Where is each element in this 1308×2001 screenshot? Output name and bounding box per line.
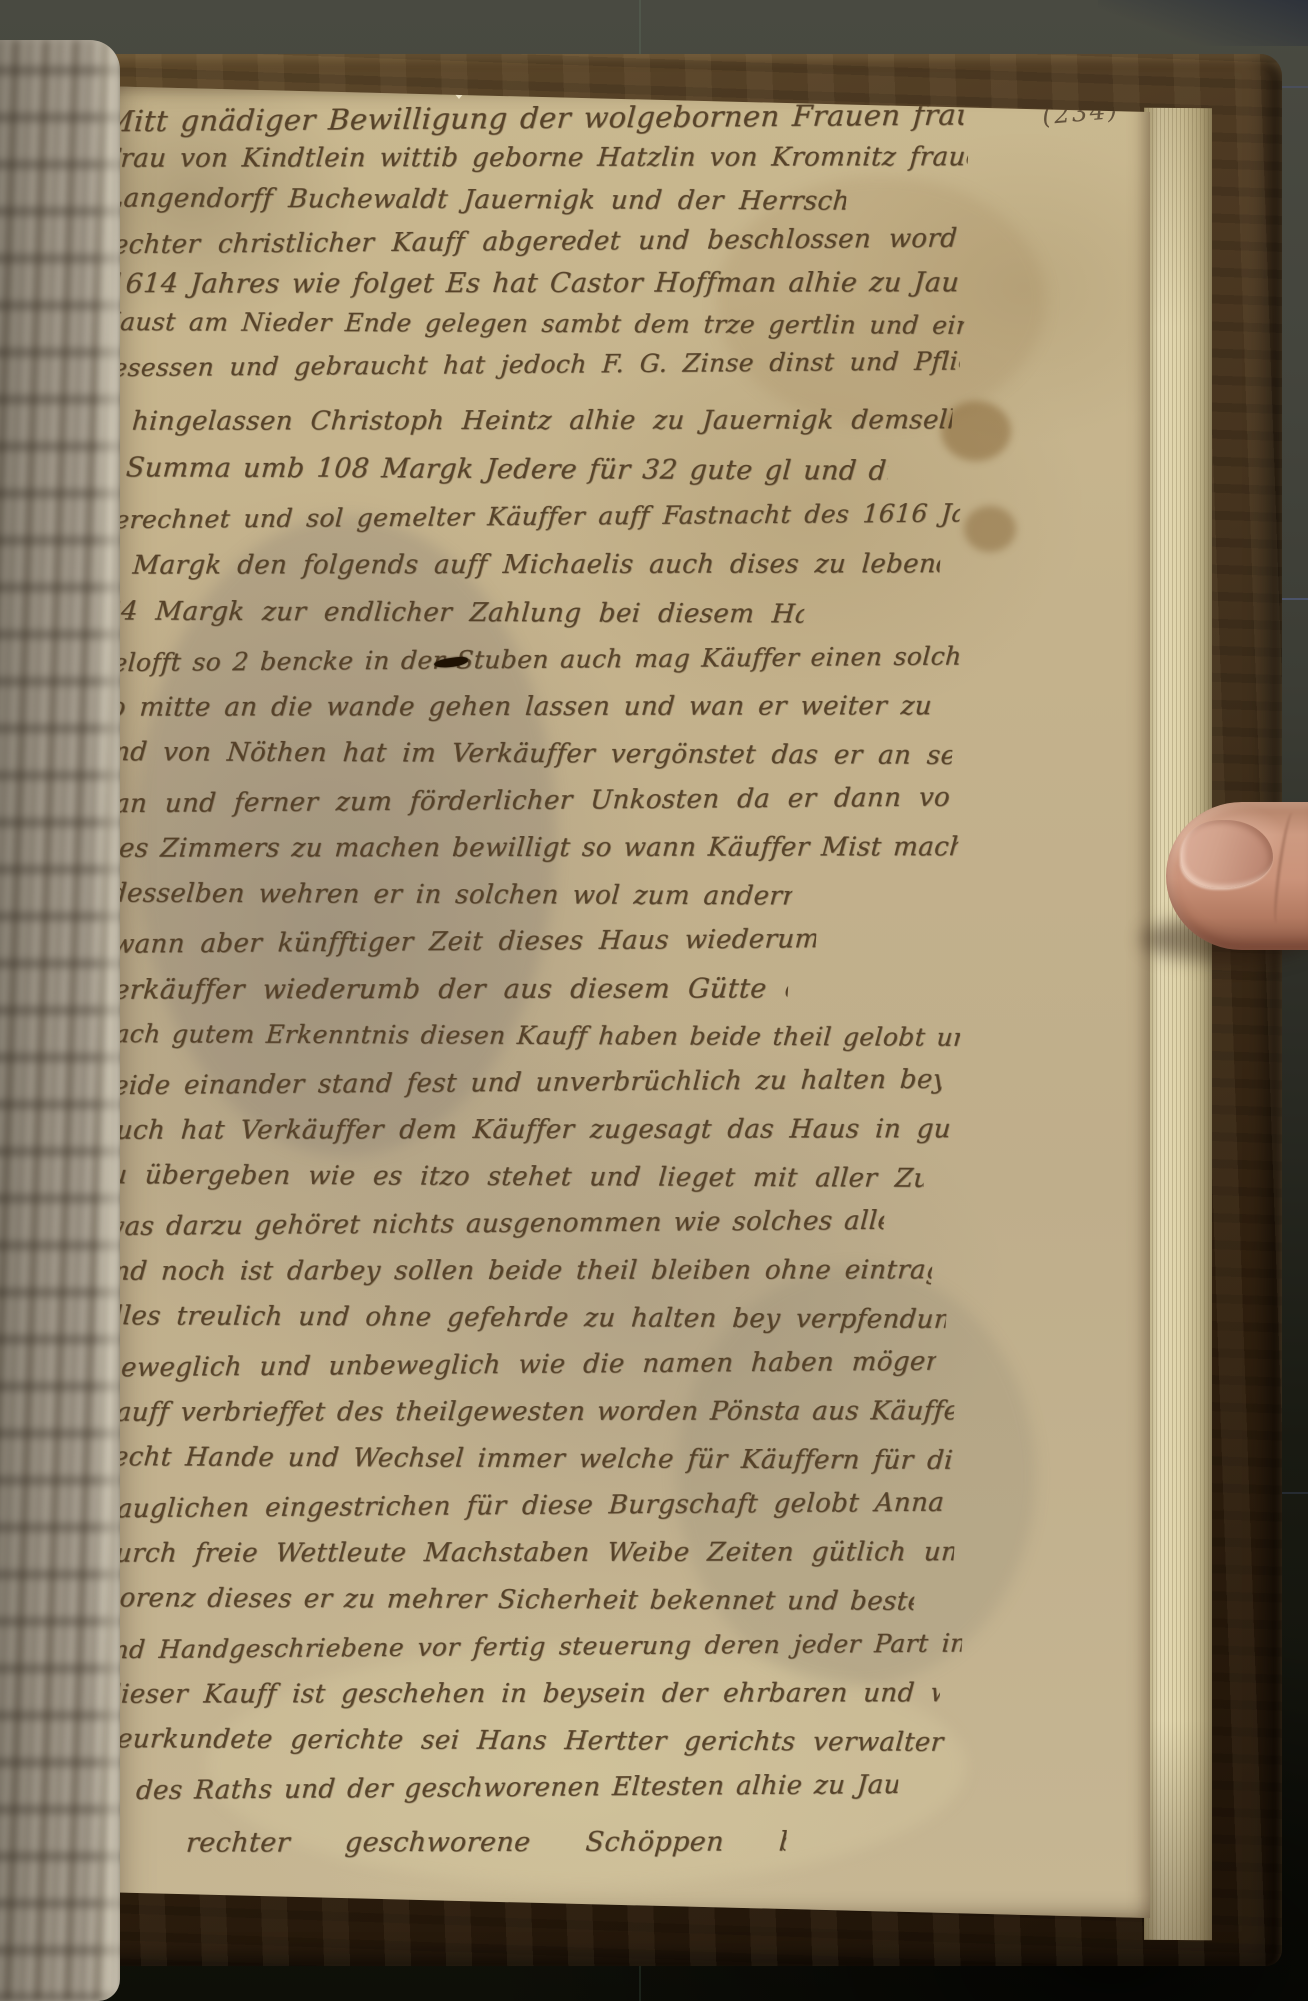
- fingertip: [1166, 802, 1308, 950]
- manuscript-line: nach gutem Erkenntnis diesen Kauff haben…: [97, 1018, 961, 1053]
- manuscript-line: was darzu gehöret nichts ausgenommen wie…: [101, 1205, 885, 1244]
- manuscript-line: hingelassen Christoph Heintz alhie zu Ja…: [131, 404, 953, 438]
- manuscript-line: und von Nöthen hat im Verkäuffer vergöns…: [95, 736, 953, 772]
- manuscript-line: Verkäuffer wiederumb der aus diesem Gütt…: [95, 972, 789, 1007]
- manuscript-line: Lorenz dieses er zu mehrer Sicherheit be…: [101, 1582, 915, 1618]
- manuscript-line: so mitte an die wande gehen lassen und w…: [95, 690, 943, 724]
- manuscript-line: beweglich und unbeweglich wie die namen …: [103, 1346, 937, 1385]
- manuscript-line: durch freie Wettleute Machstaben Weibe Z…: [97, 1536, 955, 1570]
- page-curl-highlight: [94, 40, 120, 2001]
- manuscript-line: Frau von Kindtlein wittib geborne Hatzli…: [101, 141, 969, 175]
- manuscript-line: beurkundete gerichte sei Hans Hertter ge…: [99, 1723, 959, 1759]
- manuscript-line: recht Hande und Wechsel immer welche für…: [99, 1441, 953, 1477]
- manuscript-page: (234) Mitt gnädiger Bewilligung der wolg…: [96, 86, 1150, 1920]
- manuscript-line: gerechnet und sol gemelter Käuffer auff …: [97, 498, 961, 536]
- manuscript-line: dieser Kauff ist geschehen in beysein de…: [103, 1677, 941, 1711]
- manuscript-line: wann aber künfftiger Zeit dieses Haus wi…: [111, 923, 817, 961]
- manuscript-line: beide einander stand fest und unverbrüch…: [95, 1064, 943, 1103]
- left-page-stack-blurred: [0, 40, 120, 2001]
- manuscript-line: Haust am Nieder Ende gelegen sambt dem t…: [97, 306, 965, 341]
- manuscript-line: rechter geschworene Schöppen bezeugen es: [185, 1825, 787, 1860]
- manuscript-line: des Raths und der geschworenen Eltesten …: [135, 1769, 899, 1808]
- manuscript-line: desselben wehren er in solchen wol zum a…: [109, 878, 793, 913]
- manuscript-line: 4 Margk den folgends auff Michaelis auch…: [99, 548, 941, 582]
- manuscript-line: gelofft so 2 bencke in der Stuben auch m…: [95, 641, 963, 679]
- manuscript-line: Langendorff Buchewaldt Jauernigk und der…: [105, 182, 847, 218]
- fingernail: [1181, 820, 1273, 888]
- finger-crease: [1270, 812, 1298, 925]
- manuscript-line: Summa umb 108 Margk Jedere für 32 gute g…: [125, 451, 890, 488]
- book-fore-edge-pages: [1144, 108, 1212, 1940]
- manuscript-line: tauglichen eingestrichen für diese Burgs…: [105, 1487, 951, 1526]
- manuscript-photo: (234) Mitt gnädiger Bewilligung der wolg…: [0, 0, 1308, 2001]
- manuscript-line: Kauff verbrieffet des theilgewesten word…: [95, 1395, 955, 1429]
- manuscript-line: alles treulich und ohne gefehrde zu halt…: [97, 1300, 947, 1336]
- manuscript-line: und noch ist darbey sollen beide theil b…: [95, 1254, 933, 1288]
- foxing-spot: [964, 506, 1016, 552]
- manuscript-line: 1614 Jahres wie folget Es hat Castor Hof…: [107, 266, 959, 301]
- manuscript-line: 54 Margk zur endlicher Zahlung bei diese…: [103, 595, 805, 631]
- manuscript-line: des Zimmers zu machen bewilligt so wann …: [101, 831, 959, 865]
- manuscript-line: zu übergeben wie es itzo stehet und lieg…: [95, 1159, 925, 1195]
- manuscript-line: kan und ferner zum förderlicher Unkosten…: [97, 782, 951, 821]
- backdrop-corner-shade: [1098, 0, 1308, 46]
- manuscript-line: rechter christlicher Kauff abgeredet und…: [99, 223, 957, 262]
- manuscript-line: auch hat Verkäuffer dem Käuffer zugesagt…: [99, 1113, 953, 1147]
